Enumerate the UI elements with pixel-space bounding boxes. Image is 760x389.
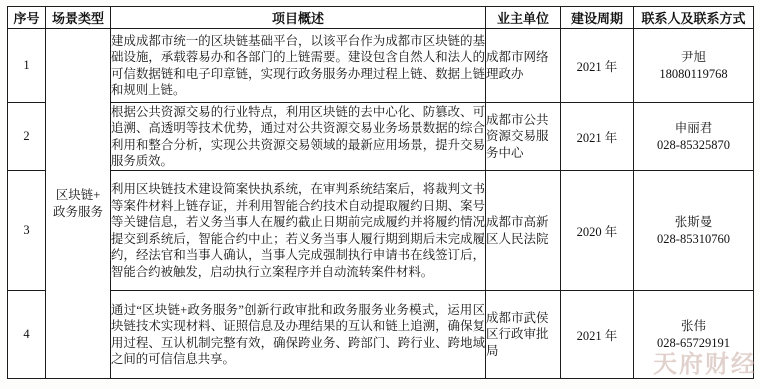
construction-period: 2021 年: [561, 29, 634, 103]
table-row: 2 根据公共资源交易的行业特点，利用区块链的去中心化、防篡改、可追溯、高透明等技…: [8, 103, 754, 171]
table-header-row: 序号 场景类型 项目概述 业主单位 建设周期 联系人及联系方式: [8, 7, 754, 29]
contact-cell: 张斯曼 028-85310760: [634, 171, 754, 291]
owner-unit: 成都市高新区人民法院: [486, 171, 561, 291]
project-table: 序号 场景类型 项目概述 业主单位 建设周期 联系人及联系方式 1 区块链+ 政…: [7, 6, 754, 379]
project-overview: 根据公共资源交易的行业特点，利用区块链的去中心化、防篡改、可追溯、高透明等技术优…: [111, 103, 486, 171]
contact-name: 尹旭: [634, 49, 753, 66]
header-serial-number: 序号: [8, 7, 46, 29]
construction-period: 2021 年: [561, 103, 634, 171]
table-row: 3 利用区块链技术建设简案快执系统，在审判系统结案后，将裁判文书等案件材料上链存…: [8, 171, 754, 291]
contact-phone: 028-85310760: [634, 231, 753, 248]
header-scenario-type: 场景类型: [46, 7, 111, 29]
owner-unit: 成都市网络理政办: [486, 29, 561, 103]
serial-number: 3: [8, 171, 46, 291]
serial-number: 4: [8, 291, 46, 379]
owner-unit: 成都市公共资源交易服务中心: [486, 103, 561, 171]
project-overview: 通过“区块链+政务服务”创新行政审批和政务服务业务模式，运用区块链技术实现材料、…: [111, 291, 486, 379]
contact-phone: 18080119768: [634, 66, 753, 83]
contact-name: 张伟: [634, 318, 753, 335]
table-row: 4 通过“区块链+政务服务”创新行政审批和政务服务业务模式，运用区块链技术实现材…: [8, 291, 754, 379]
contact-cell: 张伟 028-65729191: [634, 291, 754, 379]
contact-cell: 尹旭 18080119768: [634, 29, 754, 103]
header-construction-period: 建设周期: [561, 7, 634, 29]
contact-cell: 申丽君 028-85325870: [634, 103, 754, 171]
contact-phone: 028-85325870: [634, 137, 753, 154]
table-row: 1 区块链+ 政务服务 建成成都市统一的区块链基础平台，以该平台作为成都市区块链…: [8, 29, 754, 103]
header-project-overview: 项目概述: [111, 7, 486, 29]
contact-phone: 028-65729191: [634, 335, 753, 352]
contact-name: 申丽君: [634, 120, 753, 137]
project-overview: 建成成都市统一的区块链基础平台，以该平台作为成都市区块链的基础设施，承载蓉易办和…: [111, 29, 486, 103]
contact-name: 张斯曼: [634, 214, 753, 231]
scenario-type-cell: 区块链+ 政务服务: [46, 29, 111, 379]
owner-unit: 成都市武侯区行政审批局: [486, 291, 561, 379]
construction-period: 2020 年: [561, 171, 634, 291]
construction-period: 2021 年: [561, 291, 634, 379]
serial-number: 2: [8, 103, 46, 171]
header-owner-unit: 业主单位: [486, 7, 561, 29]
header-contact-info: 联系人及联系方式: [634, 7, 754, 29]
serial-number: 1: [8, 29, 46, 103]
project-overview: 利用区块链技术建设简案快执系统，在审判系统结案后，将裁判文书等案件材料上链存证，…: [111, 171, 486, 291]
